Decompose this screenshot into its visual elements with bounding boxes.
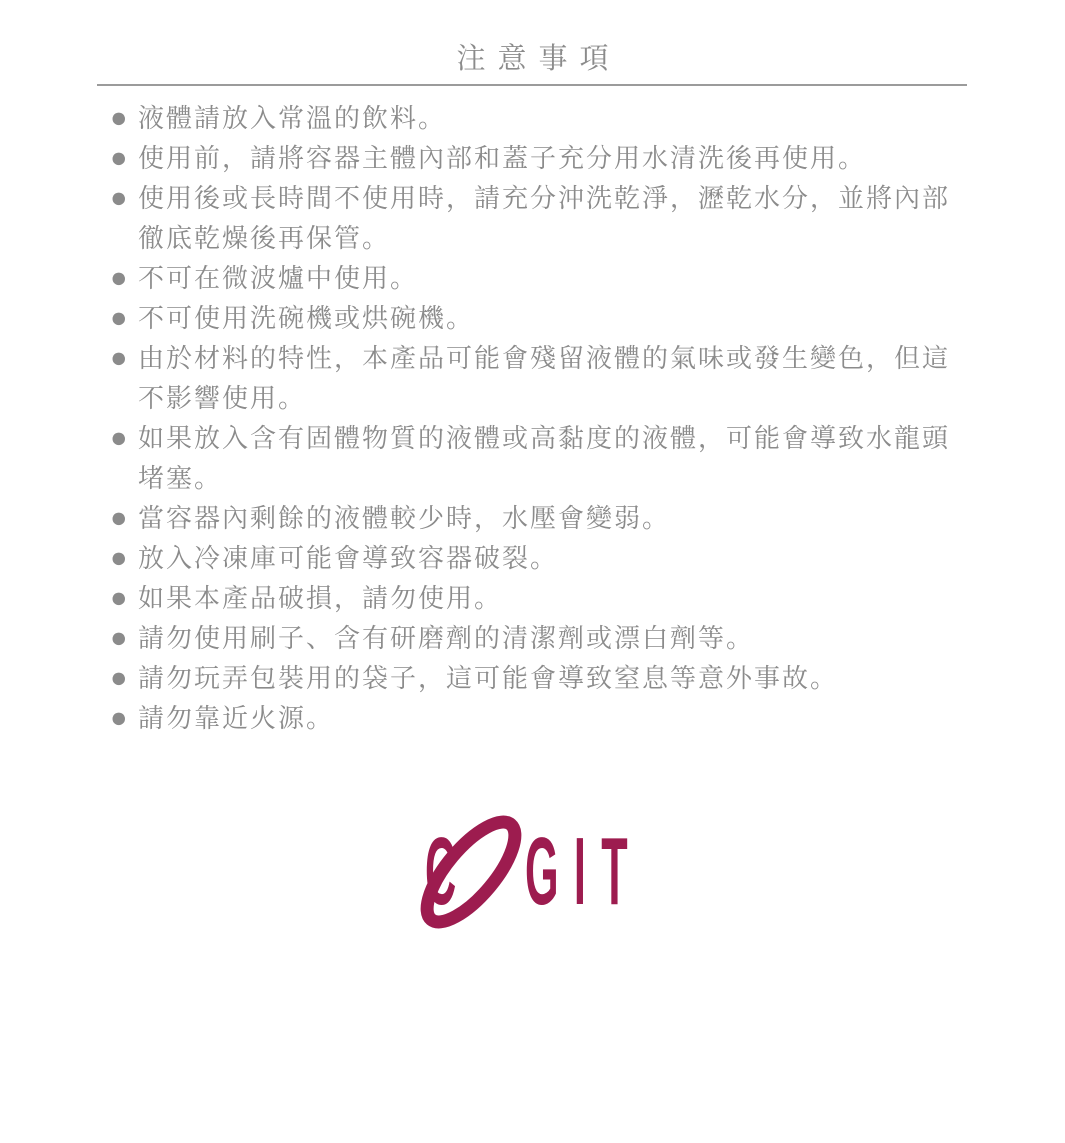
precaution-text: 使用前，請將容器主體內部和蓋子充分用水清洗後再使用。 [138,143,866,173]
precaution-item: ●不可在微波爐中使用。 [110,258,965,298]
precautions-list: ●液體請放入常溫的飲料。 ●使用前，請將容器主體內部和蓋子充分用水清洗後再使用。… [110,98,965,738]
precaution-item: ●如果本產品破損，請勿使用。 [110,578,965,618]
bullet-icon: ● [110,338,138,378]
precaution-text: 當容器內剩餘的液體較少時，水壓會變弱。 [138,503,670,533]
title-divider [97,84,967,86]
precaution-item: ●請勿玩弄包裝用的袋子，這可能會導致窒息等意外事故。 [110,658,965,698]
bullet-icon: ● [110,698,138,738]
bullet-icon: ● [110,98,138,138]
bullet-icon: ● [110,418,138,458]
bullet-icon: ● [110,138,138,178]
precaution-item: ●如果放入含有固體物質的液體或高黏度的液體，可能會導致水龍頭堵塞。 [110,418,965,498]
bullet-icon: ● [110,178,138,218]
precaution-text: 使用後或長時間不使用時，請充分沖洗乾淨，瀝乾水分，並將內部徹底乾燥後再保管。 [138,183,950,253]
bullet-icon: ● [110,618,138,658]
bullet-icon: ● [110,258,138,298]
precaution-text: 液體請放入常溫的飲料。 [138,103,446,133]
precaution-text: 由於材料的特性，本產品可能會殘留液體的氣味或發生變色，但這不影響使用。 [138,343,950,413]
precaution-text: 如果放入含有固體物質的液體或高黏度的液體，可能會導致水龍頭堵塞。 [138,423,950,493]
precaution-item: ●由於材料的特性，本產品可能會殘留液體的氣味或發生變色，但這不影響使用。 [110,338,965,418]
precaution-text: 請勿靠近火源。 [138,703,334,733]
precaution-text: 請勿玩弄包裝用的袋子，這可能會導致窒息等意外事故。 [138,663,838,693]
precaution-item: ●使用後或長時間不使用時，請充分沖洗乾淨，瀝乾水分，並將內部徹底乾燥後再保管。 [110,178,965,258]
logo-letters-git: GIT [525,818,643,925]
bullet-icon: ● [110,538,138,578]
bullet-icon: ● [110,298,138,338]
cogit-logo: C GIT [418,796,668,946]
cogit-logo-graphic: C GIT [418,796,668,946]
page-title: 注意事項 [0,0,1065,76]
bullet-icon: ● [110,658,138,698]
precaution-item: ●使用前，請將容器主體內部和蓋子充分用水清洗後再使用。 [110,138,965,178]
precautions-page: 注意事項 ●液體請放入常溫的飲料。 ●使用前，請將容器主體內部和蓋子充分用水清洗… [0,0,1065,1143]
bullet-icon: ● [110,498,138,538]
precaution-text: 放入冷凍庫可能會導致容器破裂。 [138,543,558,573]
precaution-item: ●請勿靠近火源。 [110,698,965,738]
precaution-text: 不可在微波爐中使用。 [138,263,418,293]
precaution-text: 如果本產品破損，請勿使用。 [138,583,502,613]
precaution-item: ●請勿使用刷子、含有研磨劑的清潔劑或漂白劑等。 [110,618,965,658]
precaution-item: ●液體請放入常溫的飲料。 [110,98,965,138]
precaution-item: ●當容器內剩餘的液體較少時，水壓會變弱。 [110,498,965,538]
precaution-text: 請勿使用刷子、含有研磨劑的清潔劑或漂白劑等。 [138,623,754,653]
precaution-text: 不可使用洗碗機或烘碗機。 [138,303,474,333]
precaution-item: ●不可使用洗碗機或烘碗機。 [110,298,965,338]
precaution-item: ●放入冷凍庫可能會導致容器破裂。 [110,538,965,578]
bullet-icon: ● [110,578,138,618]
